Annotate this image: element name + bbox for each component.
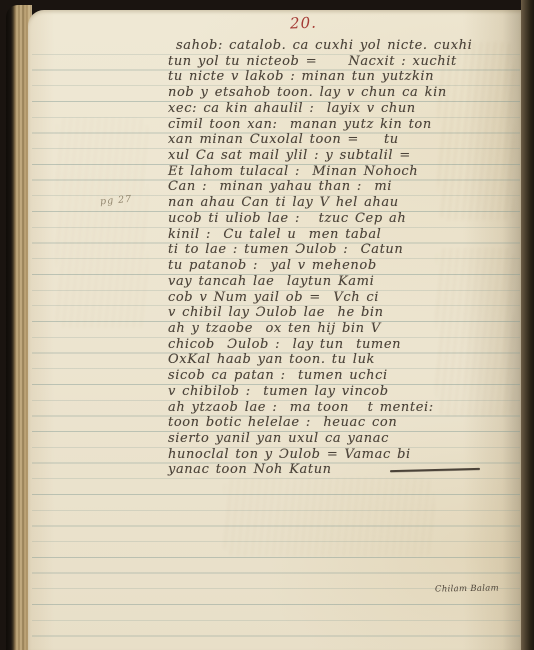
folio-number: 20. bbox=[290, 14, 317, 33]
book-right-edge bbox=[521, 0, 534, 650]
manuscript-line: cīmil toon xan: manan yutz kin ton bbox=[168, 117, 513, 133]
manuscript-text: sahob: catalob. ca cuxhi yol nicte. cuxh… bbox=[168, 38, 513, 478]
manuscript-line: tu patanob : yal v mehenob bbox=[168, 258, 513, 274]
manuscript-line: xec: ca kin ahaulil : layix v chun bbox=[168, 101, 513, 117]
ink-bleedthrough bbox=[224, 478, 434, 556]
manuscript-line: hunoclal ton y Ɔulob = Vamac bi bbox=[168, 447, 513, 463]
manuscript-line: tun yol tu nicteob = Nacxit : xuchit bbox=[168, 54, 513, 70]
ink-bleedthrough bbox=[56, 118, 148, 328]
manuscript-line: ah y tzaobe ox ten hij bin V bbox=[168, 321, 513, 337]
manuscript-line: chicob Ɔulob : lay tun tumen bbox=[168, 337, 513, 353]
manuscript-line: tu nicte v lakob : minan tun yutzkin bbox=[168, 69, 513, 85]
manuscript-line: xul Ca sat mail ylil : y subtalil = bbox=[168, 148, 513, 164]
attribution-note: Chilam Balam bbox=[435, 583, 499, 594]
manuscript-line: OxKal haab yan toon. tu luk bbox=[168, 352, 513, 368]
manuscript-line: sicob ca patan : tumen uchci bbox=[168, 368, 513, 384]
manuscript-line: nan ahau Can ti lay V hel ahau bbox=[168, 195, 513, 211]
manuscript-line: vay tancah lae laytun Kami bbox=[168, 274, 513, 290]
manuscript-line: nob y etsahob toon. lay v chun ca kin bbox=[168, 85, 513, 101]
manuscript-line: ti to lae : tumen Ɔulob : Catun bbox=[168, 242, 513, 258]
manuscript-line: v chibilob : tumen lay vincob bbox=[168, 384, 513, 400]
manuscript-line: sahob: catalob. ca cuxhi yol nicte. cuxh… bbox=[168, 38, 513, 54]
manuscript-line: sierto yanil yan uxul ca yanac bbox=[168, 431, 513, 447]
manuscript-line: Et lahom tulacal : Minan Nohoch bbox=[168, 164, 513, 180]
manuscript-line: v chibil lay Ɔulob lae he bin bbox=[168, 305, 513, 321]
manuscript-line: Can : minan yahau than : mi bbox=[168, 179, 513, 195]
manuscript-line: xan minan Cuxolal toon = tu bbox=[168, 132, 513, 148]
manuscript-line: toon botic helelae : heuac con bbox=[168, 415, 513, 431]
manuscript-line: cob v Num yail ob = Vch ci bbox=[168, 290, 513, 306]
manuscript-line: ucob ti uliob lae : tzuc Cep ah bbox=[168, 211, 513, 227]
manuscript-line: ah ytzaob lae : ma toon t mentei: bbox=[168, 400, 513, 416]
manuscript-line: kinil : Cu talel u men tabal bbox=[168, 227, 513, 243]
scanned-manuscript-page: 20. pg 27 sahob: catalob. ca cuxhi yol n… bbox=[0, 0, 534, 650]
